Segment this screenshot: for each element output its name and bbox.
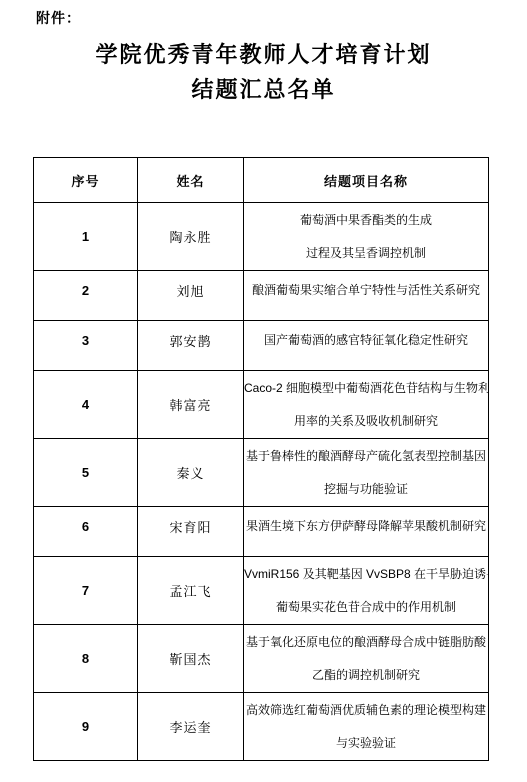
title-line-2: 结题汇总名单 xyxy=(0,72,527,107)
table-row: 4韩富亮Caco-2 细胞模型中葡萄酒花色苷结构与生物利用率的关系及吸收机制研究 xyxy=(34,371,489,439)
project-title-line: 与实验验证 xyxy=(244,727,488,760)
project-title-line: 过程及其呈香调控机制 xyxy=(244,237,488,270)
project-title-cell: 果酒生境下东方伊萨酵母降解苹果酸机制研究 xyxy=(244,507,489,557)
project-title-cell: 葡萄酒中果香酯类的生成过程及其呈香调控机制 xyxy=(244,203,489,271)
project-title-line: 葡萄果实花色苷合成中的作用机制 xyxy=(244,591,488,624)
table-row: 2刘旭酿酒葡萄果实缩合单宁特性与活性关系研究 xyxy=(34,271,489,321)
title-line-1: 学院优秀青年教师人才培育计划 xyxy=(0,37,527,72)
project-title-line: 乙酯的调控机制研究 xyxy=(244,659,488,692)
teacher-name-cell: 靳国杰 xyxy=(138,625,244,693)
attachment-label: 附件： xyxy=(36,8,81,28)
project-title-line: 高效筛选红葡萄酒优质辅色素的理论模型构建 xyxy=(244,694,488,727)
header-teacher-name: 姓名 xyxy=(138,158,244,203)
serial-number-cell: 2 xyxy=(34,271,138,321)
table-row: 1陶永胜葡萄酒中果香酯类的生成过程及其呈香调控机制 xyxy=(34,203,489,271)
project-title-line: 果酒生境下东方伊萨酵母降解苹果酸机制研究 xyxy=(244,510,488,543)
teacher-name-cell: 李运奎 xyxy=(138,693,244,761)
summary-table: 序号 姓名 结题项目名称 1陶永胜葡萄酒中果香酯类的生成过程及其呈香调控机制2刘… xyxy=(33,157,489,761)
table-header-row: 序号 姓名 结题项目名称 xyxy=(34,158,489,203)
project-title-line: Caco-2 细胞模型中葡萄酒花色苷结构与生物利 xyxy=(244,372,488,405)
teacher-name-cell: 郭安鹊 xyxy=(138,321,244,371)
teacher-name-cell: 宋育阳 xyxy=(138,507,244,557)
table-row: 9李运奎高效筛选红葡萄酒优质辅色素的理论模型构建与实验验证 xyxy=(34,693,489,761)
project-title-cell: VvmiR156 及其靶基因 VvSBP8 在干旱胁迫诱导葡萄果实花色苷合成中的… xyxy=(244,557,489,625)
project-title-line: 酿酒葡萄果实缩合单宁特性与活性关系研究 xyxy=(244,274,488,307)
project-title-line: VvmiR156 及其靶基因 VvSBP8 在干旱胁迫诱导 xyxy=(244,558,488,591)
header-project-title: 结题项目名称 xyxy=(244,158,489,203)
serial-number-cell: 4 xyxy=(34,371,138,439)
serial-number-cell: 3 xyxy=(34,321,138,371)
project-title-line: 葡萄酒中果香酯类的生成 xyxy=(244,204,488,237)
serial-number-cell: 5 xyxy=(34,439,138,507)
serial-number-cell: 1 xyxy=(34,203,138,271)
document-title: 学院优秀青年教师人才培育计划 结题汇总名单 xyxy=(0,37,527,107)
project-title-cell: 国产葡萄酒的感官特征氧化稳定性研究 xyxy=(244,321,489,371)
table-body: 1陶永胜葡萄酒中果香酯类的生成过程及其呈香调控机制2刘旭酿酒葡萄果实缩合单宁特性… xyxy=(34,203,489,761)
project-title-cell: 基于氧化还原电位的酿酒酵母合成中链脂肪酸乙酯的调控机制研究 xyxy=(244,625,489,693)
table-row: 6宋育阳果酒生境下东方伊萨酵母降解苹果酸机制研究 xyxy=(34,507,489,557)
table-row: 8靳国杰基于氧化还原电位的酿酒酵母合成中链脂肪酸乙酯的调控机制研究 xyxy=(34,625,489,693)
project-title-line: 基于鲁棒性的酿酒酵母产硫化氢表型控制基因 xyxy=(244,440,488,473)
serial-number-cell: 8 xyxy=(34,625,138,693)
project-title-cell: Caco-2 细胞模型中葡萄酒花色苷结构与生物利用率的关系及吸收机制研究 xyxy=(244,371,489,439)
teacher-name-cell: 刘旭 xyxy=(138,271,244,321)
project-title-line: 挖掘与功能验证 xyxy=(244,473,488,506)
header-serial-number: 序号 xyxy=(34,158,138,203)
project-title-cell: 酿酒葡萄果实缩合单宁特性与活性关系研究 xyxy=(244,271,489,321)
serial-number-cell: 6 xyxy=(34,507,138,557)
project-title-line: 基于氧化还原电位的酿酒酵母合成中链脂肪酸 xyxy=(244,626,488,659)
project-title-line: 国产葡萄酒的感官特征氧化稳定性研究 xyxy=(244,324,488,357)
project-title-cell: 基于鲁棒性的酿酒酵母产硫化氢表型控制基因挖掘与功能验证 xyxy=(244,439,489,507)
project-title-cell: 高效筛选红葡萄酒优质辅色素的理论模型构建与实验验证 xyxy=(244,693,489,761)
serial-number-cell: 9 xyxy=(34,693,138,761)
table-row: 7孟江飞VvmiR156 及其靶基因 VvSBP8 在干旱胁迫诱导葡萄果实花色苷… xyxy=(34,557,489,625)
table-row: 5秦义基于鲁棒性的酿酒酵母产硫化氢表型控制基因挖掘与功能验证 xyxy=(34,439,489,507)
serial-number-cell: 7 xyxy=(34,557,138,625)
teacher-name-cell: 孟江飞 xyxy=(138,557,244,625)
table-row: 3郭安鹊国产葡萄酒的感官特征氧化稳定性研究 xyxy=(34,321,489,371)
teacher-name-cell: 陶永胜 xyxy=(138,203,244,271)
teacher-name-cell: 秦义 xyxy=(138,439,244,507)
teacher-name-cell: 韩富亮 xyxy=(138,371,244,439)
project-title-line: 用率的关系及吸收机制研究 xyxy=(244,405,488,438)
